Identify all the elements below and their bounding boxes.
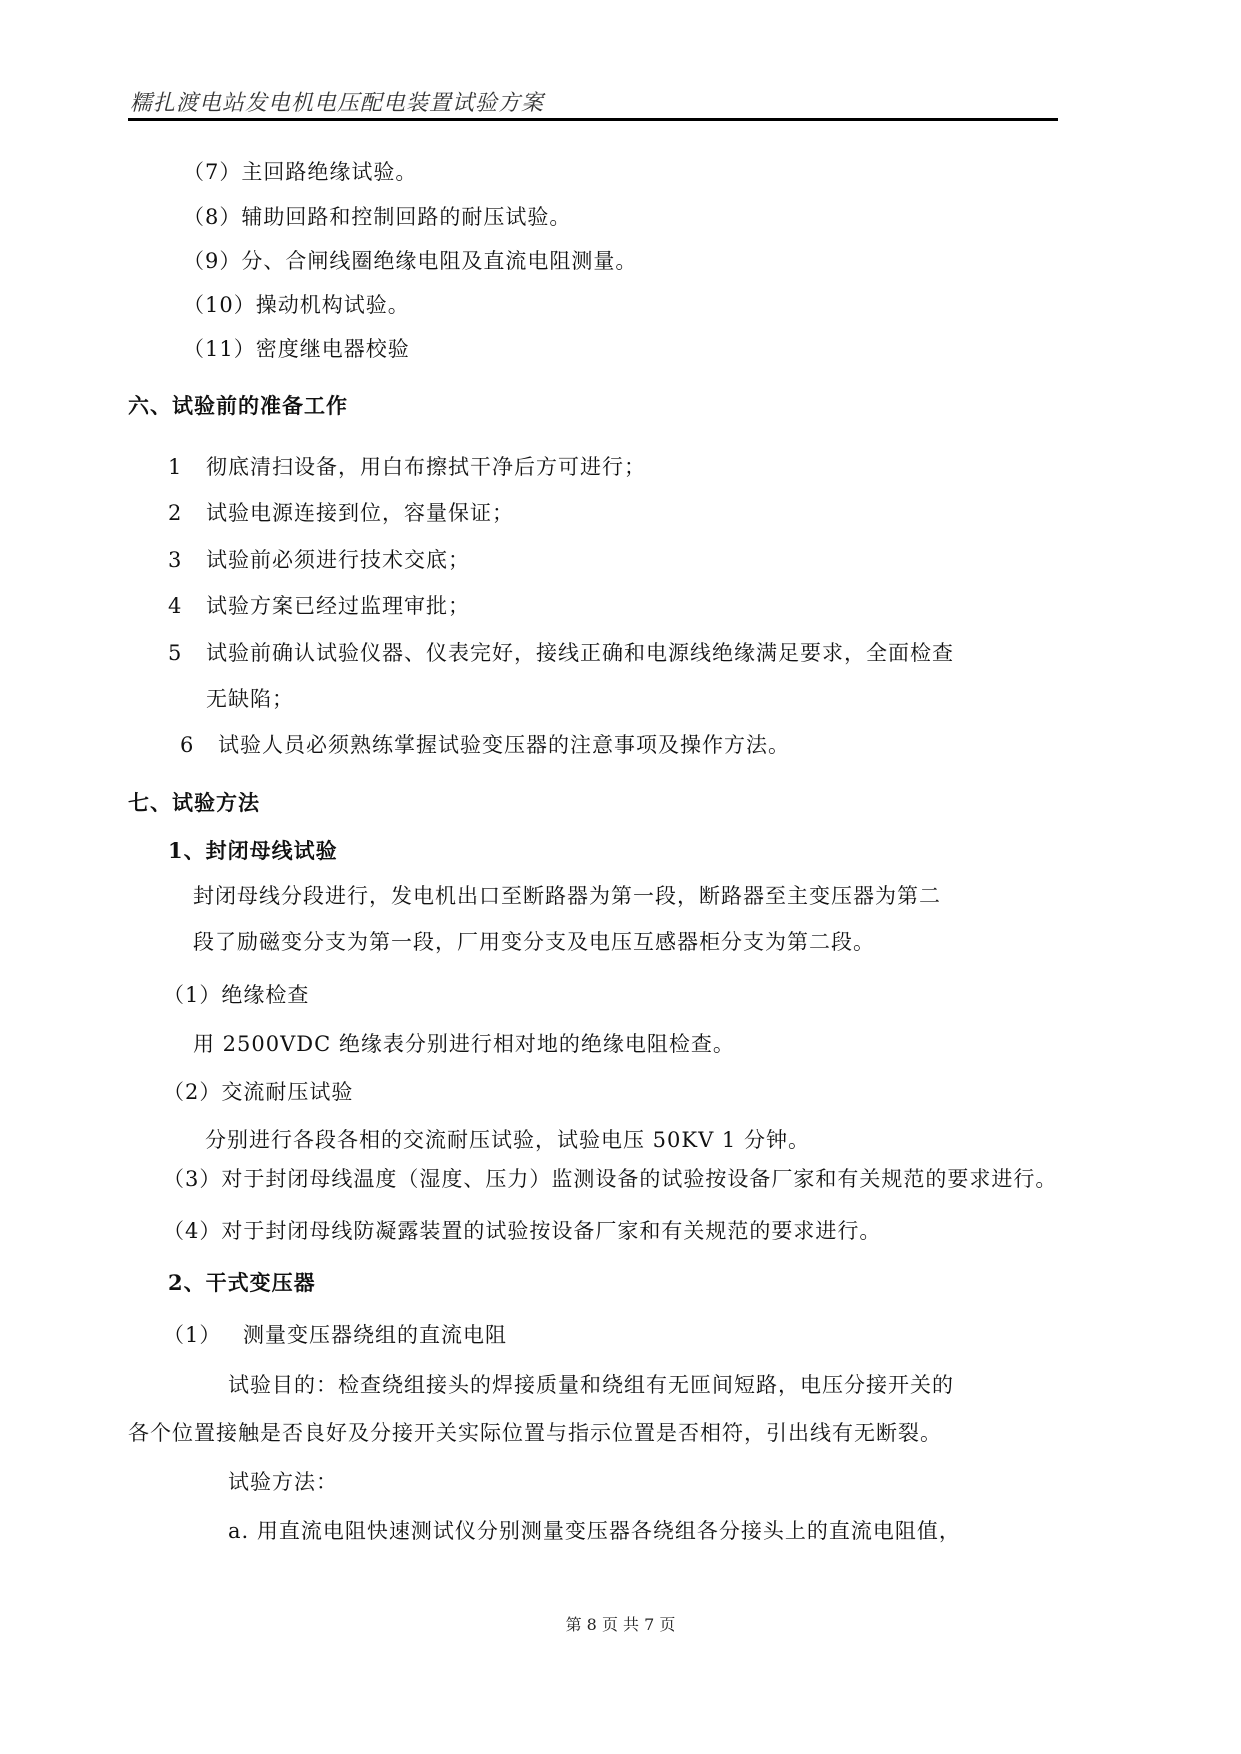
prep-item-3: 3试验前必须进行技术交底； [168,545,470,575]
section-7-heading: 七、试验方法 [128,788,260,818]
prep-item-5-continuation: 无缺陷； [206,684,294,714]
busbar-paragraph-line-1: 封闭母线分段进行，发电机出口至断路器为第一段，断路器至主变压器为第二 [193,881,941,911]
page-footer: 第 8 页 共 7 页 [0,1612,1241,1635]
prep-item-number: 3 [168,545,206,575]
list-item-9: （9）分、合闸线圈绝缘电阻及直流电阻测量。 [183,246,637,276]
list-item-7: （7）主回路绝缘试验。 [183,157,417,187]
header-rule [128,118,1058,121]
subsection-2-heading: 2、干式变压器 [168,1268,316,1298]
prep-item-number: 4 [168,591,206,621]
busbar-item-2-text: 分别进行各段各相的交流耐压试验，试验电压 50KV 1 分钟。 [205,1125,810,1155]
transformer-item-title: 测量变压器绕组的直流电阻 [243,1323,507,1347]
prep-item-1: 1彻底清扫设备，用白布擦拭干净后方可进行； [168,452,646,482]
busbar-item-1-title: （1）绝缘检查 [163,980,309,1010]
busbar-item-2-title: （2）交流耐压试验 [163,1077,353,1107]
transformer-item-number: （1） [163,1320,243,1350]
prep-item-text: 试验前必须进行技术交底； [206,548,470,572]
test-method-label: 试验方法： [228,1467,338,1497]
prep-item-number: 6 [180,730,218,760]
prep-item-number: 2 [168,498,206,528]
subsection-1-heading: 1、封闭母线试验 [168,836,338,866]
list-item-8: （8）辅助回路和控制回路的耐压试验。 [183,202,571,232]
list-item-11: （11）密度继电器校验 [183,334,410,364]
prep-item-5: 5试验前确认试验仪器、仪表完好，接线正确和电源线绝缘满足要求，全面检查 [168,638,954,668]
prep-item-number: 1 [168,452,206,482]
prep-item-text: 试验方案已经过监理审批； [206,594,470,618]
list-item-10: （10）操动机构试验。 [183,290,410,320]
prep-item-text: 彻底清扫设备，用白布擦拭干净后方可进行； [206,455,646,479]
busbar-paragraph-line-2: 段了励磁变分支为第一段，厂用变分支及电压互感器柜分支为第二段。 [193,927,875,957]
transformer-item-1: （1）测量变压器绕组的直流电阻 [163,1320,507,1350]
test-purpose-line-2: 各个位置接触是否良好及分接开关实际位置与指示位置是否相符，引出线有无断裂。 [128,1418,942,1448]
section-6-heading: 六、试验前的准备工作 [128,391,348,421]
prep-item-2: 2试验电源连接到位，容量保证； [168,498,514,528]
prep-item-text: 试验电源连接到位，容量保证； [206,501,514,525]
prep-item-6: 6试验人员必须熟练掌握试验变压器的注意事项及操作方法。 [180,730,790,760]
busbar-item-3: （3）对于封闭母线温度（湿度、压力）监测设备的试验按设备厂家和有关规范的要求进行… [163,1164,1057,1194]
prep-item-number: 5 [168,638,206,668]
busbar-item-1-text: 用 2500VDC 绝缘表分别进行相对地的绝缘电阻检查。 [193,1029,735,1059]
test-method-step-a: a. 用直流电阻快速测试仪分别测量变压器各绕组各分接头上的直流电阻值， [228,1516,961,1546]
prep-item-text: 试验人员必须熟练掌握试验变压器的注意事项及操作方法。 [218,733,790,757]
prep-item-4: 4试验方案已经过监理审批； [168,591,470,621]
test-purpose-line-1: 试验目的：检查绕组接头的焊接质量和绕组有无匝间短路，电压分接开关的 [228,1370,954,1400]
prep-item-text: 试验前确认试验仪器、仪表完好，接线正确和电源线绝缘满足要求，全面检查 [206,641,954,665]
document-header-title: 糯扎渡电站发电机电压配电装置试验方案 [130,86,544,117]
busbar-item-4: （4）对于封闭母线防凝露装置的试验按设备厂家和有关规范的要求进行。 [163,1216,881,1246]
